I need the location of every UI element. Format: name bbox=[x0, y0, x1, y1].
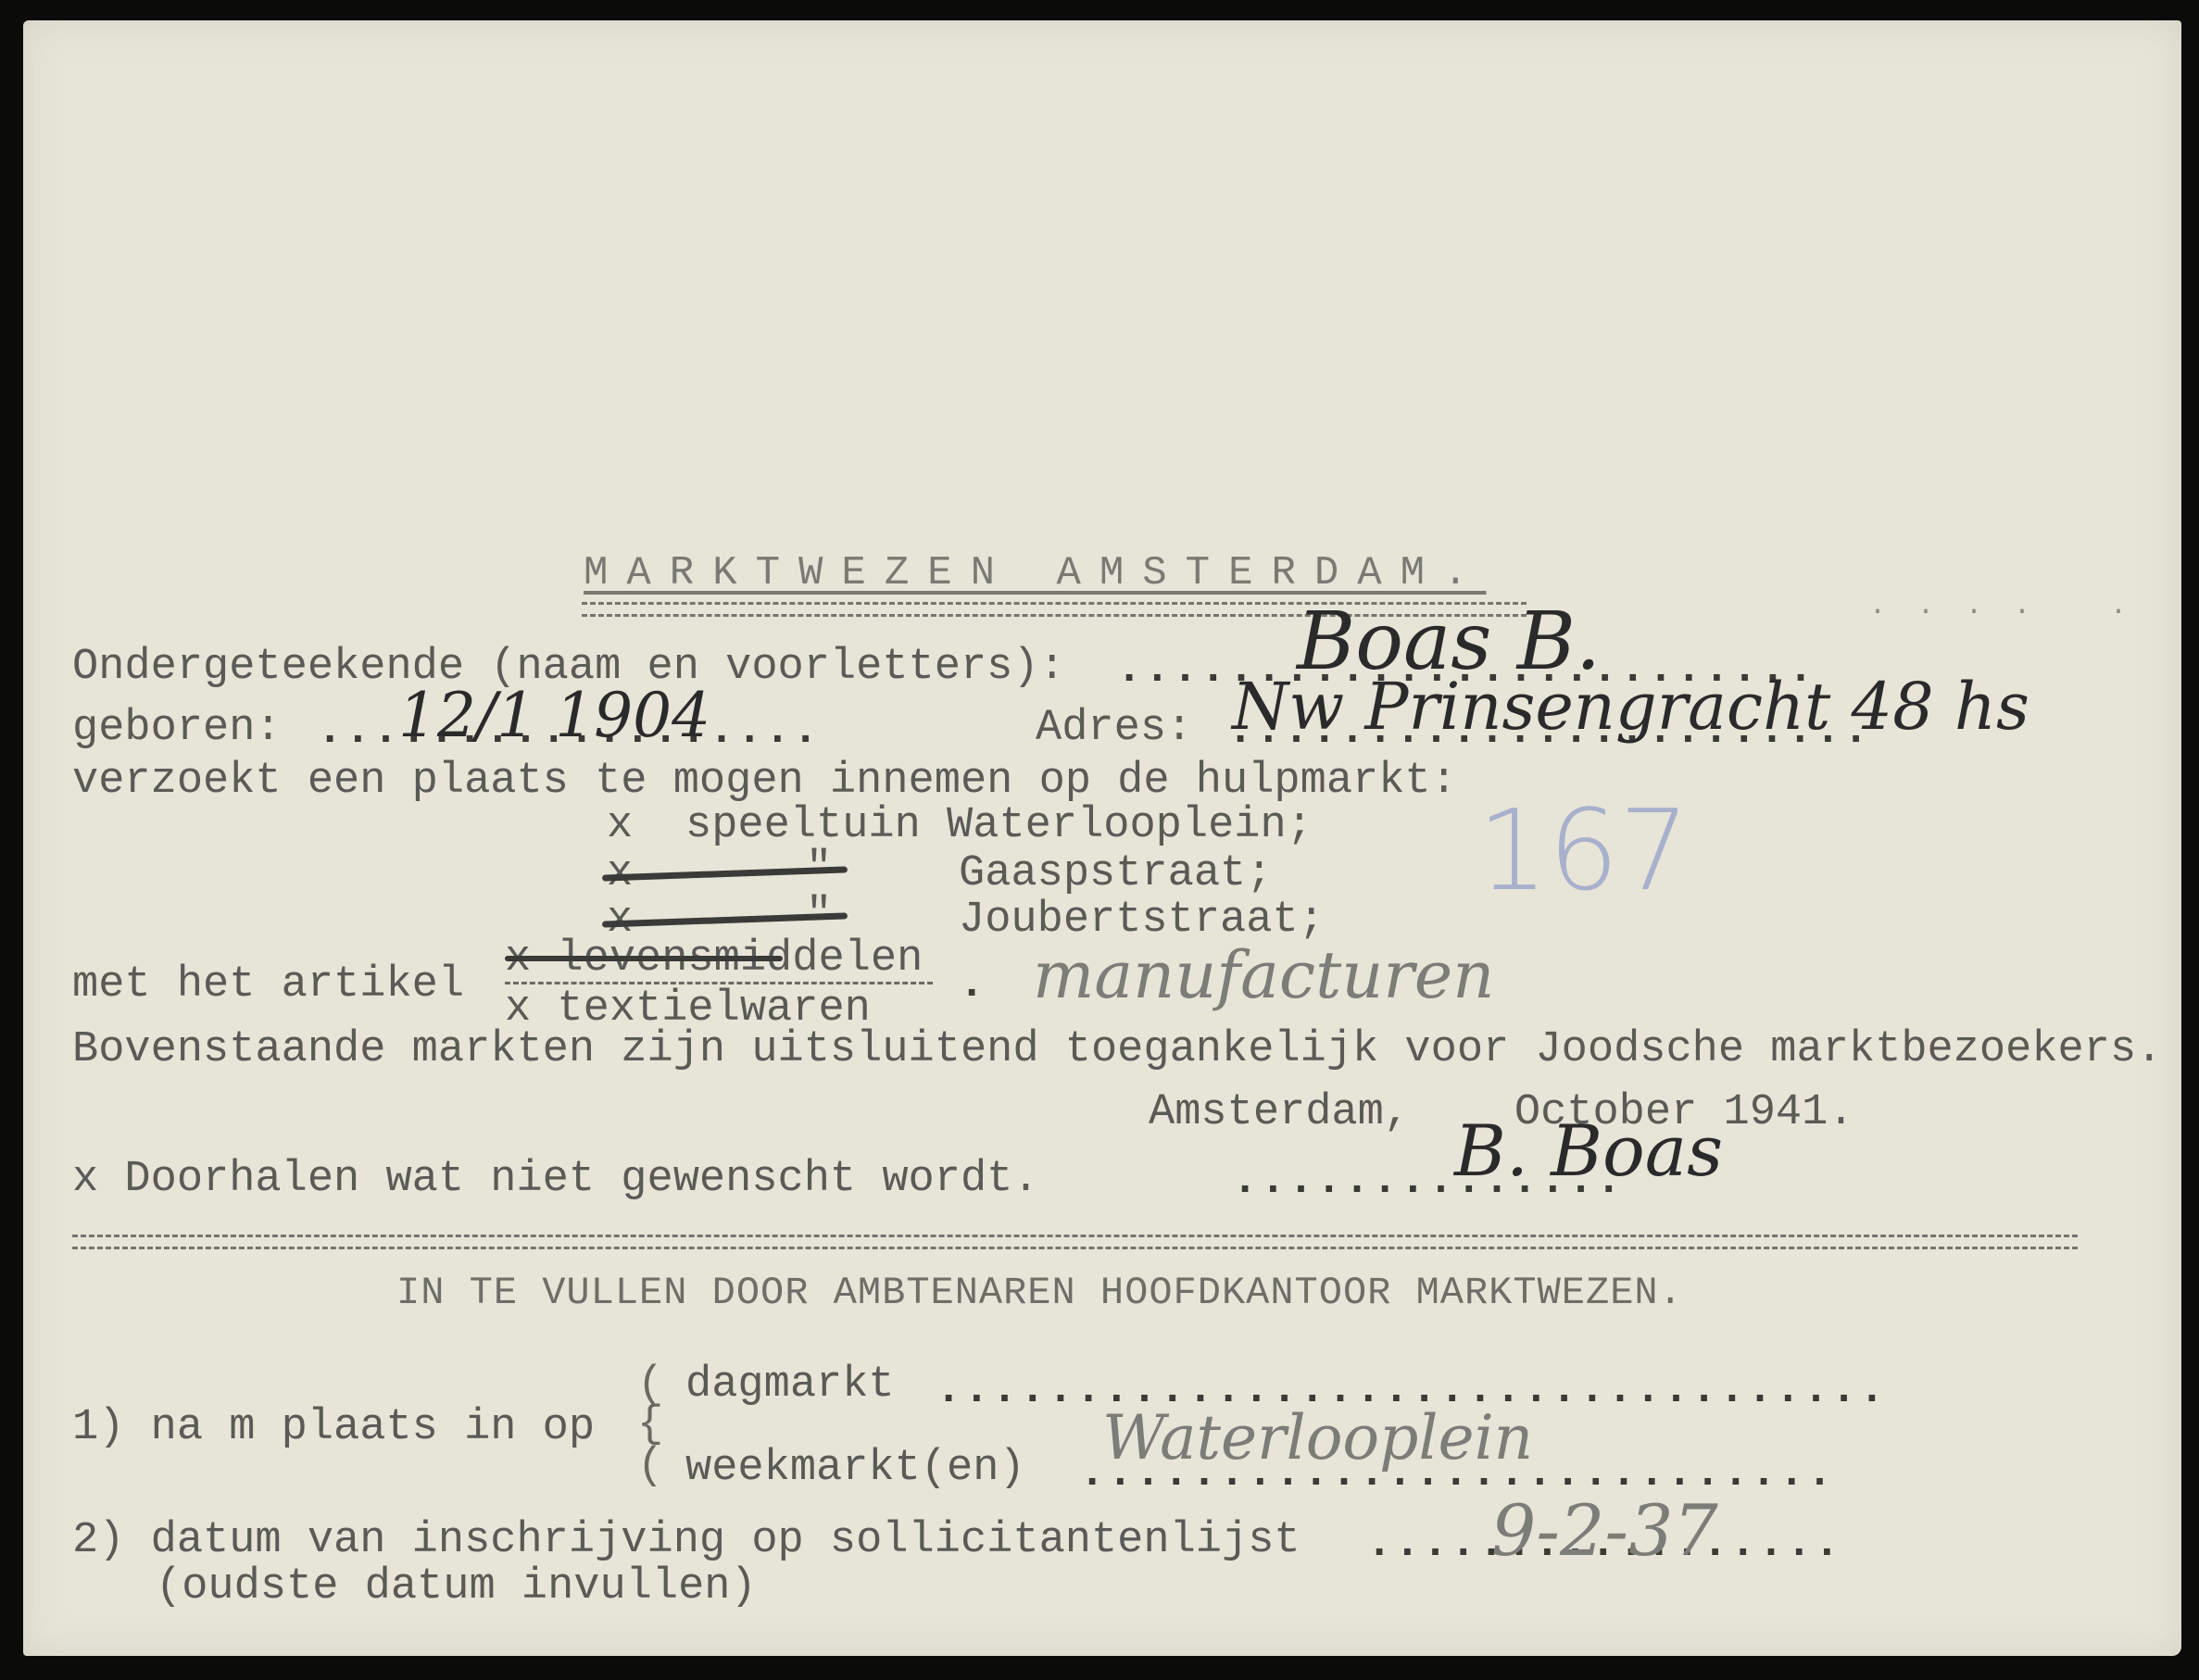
born-label: geboren: bbox=[72, 707, 282, 750]
item2-sublabel: (oudste datum invullen) bbox=[156, 1565, 757, 1609]
article-handwritten-value[interactable]: manufacturen bbox=[1033, 943, 1494, 1008]
item2-label: 2) datum van inschrijving op sollicitant… bbox=[72, 1519, 1301, 1562]
brace-middle: { bbox=[637, 1403, 663, 1447]
weekmarkt-value[interactable]: Waterlooplein bbox=[1102, 1408, 1533, 1469]
section-separator bbox=[72, 1235, 2078, 1249]
article-label: met het artikel bbox=[72, 963, 464, 1007]
article-period: . bbox=[959, 963, 985, 1007]
strike-instruction: x Doorhalen wat niet gewenscht wordt. bbox=[72, 1158, 1039, 1201]
market-option-joubertstraat: Joubertstraat; bbox=[959, 898, 1325, 942]
official-section-heading: IN TE VULLEN DOOR AMBTENAREN HOOFDKANTOO… bbox=[396, 1273, 1683, 1312]
request-line: verzoekt een plaats te mogen innemen op … bbox=[72, 759, 1457, 803]
dagmarkt-label: dagmarkt bbox=[685, 1363, 895, 1407]
address-value[interactable]: Nw Prinsengracht 48 hs bbox=[1232, 674, 2029, 739]
brace-bottom: ( bbox=[637, 1445, 663, 1488]
weekmarkt-label: weekmarkt(en) bbox=[685, 1447, 1025, 1490]
born-value[interactable]: 12/1 1904 bbox=[398, 685, 710, 746]
notice-text: Bovenstaande markten zijn uitsluitend to… bbox=[72, 1028, 2162, 1072]
strike-through-levensmiddelen bbox=[505, 956, 783, 961]
margin-note: 167 bbox=[1477, 796, 1690, 908]
market-option-waterlooplein: speeltuin Waterlooplein; bbox=[685, 804, 1313, 847]
stray-marks: . . . . . bbox=[1869, 593, 2134, 621]
market-option-gaaspstraat: Gaaspstraat; bbox=[959, 852, 1272, 896]
address-label: Adres: bbox=[1036, 707, 1192, 750]
signature[interactable]: B. Boas bbox=[1454, 1116, 1723, 1186]
document-title: MARKTWEZEN AMSTERDAM. bbox=[584, 553, 1487, 594]
article-option-textielwaren: x textielwaren bbox=[505, 987, 871, 1031]
market-marker-1: x bbox=[607, 804, 633, 847]
item1-label: 1) na m plaats in op bbox=[72, 1406, 595, 1449]
item2-value[interactable]: 9-2-37 bbox=[1491, 1496, 1718, 1566]
